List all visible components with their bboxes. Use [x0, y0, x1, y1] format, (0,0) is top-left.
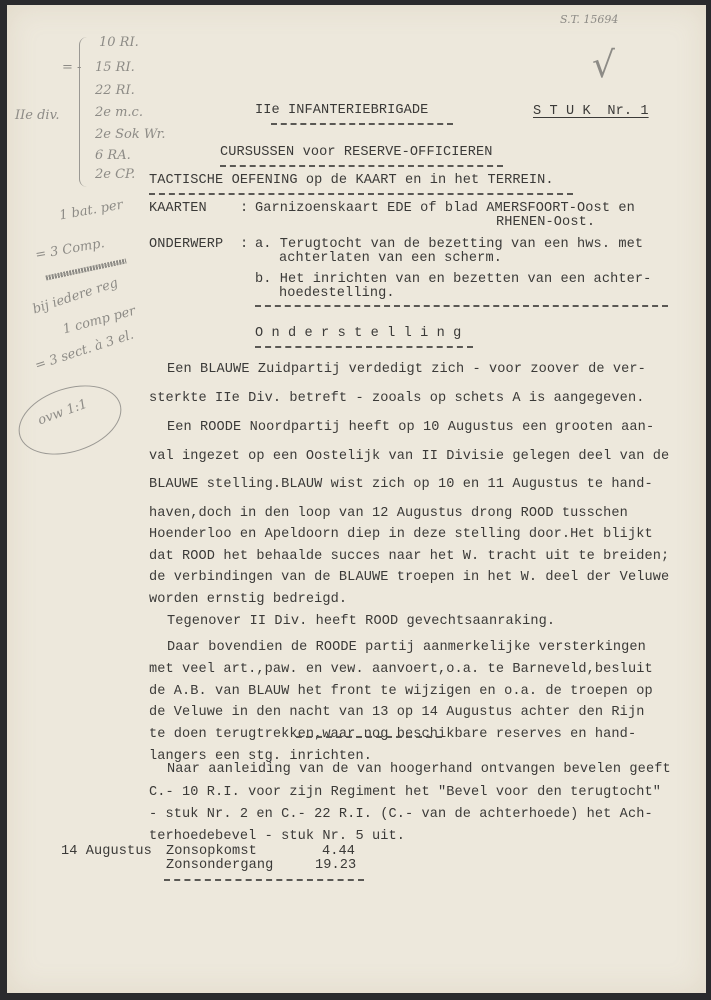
margin-note: = - — [62, 60, 81, 75]
closing-line: - stuk Nr. 2 en C.- 22 R.I. (C.- van de … — [149, 808, 653, 822]
kaarten-label: KAARTEN — [149, 202, 207, 216]
sunset-value: 19.23 — [315, 859, 356, 873]
body-line: de verbindingen van de BLAUWE troepen in… — [149, 571, 669, 585]
sunrise-value: 4.44 — [322, 845, 355, 859]
closing-line: terhoedebevel - stuk Nr. 5 uit. — [149, 830, 405, 844]
divider — [255, 346, 473, 348]
divider — [164, 879, 364, 881]
body-line: BLAUWE stelling.BLAUW wist zich op 10 en… — [149, 478, 653, 492]
body-line: worden ernstig bedreigd. — [149, 593, 347, 607]
margin-note: 2e CP. — [95, 167, 135, 182]
margin-note: = 3 sect. à 3 el. — [33, 327, 135, 373]
kaarten-value-cont: RHENEN-Oost. — [496, 216, 595, 230]
stuk-number: S T U K Nr. 1 — [533, 105, 649, 119]
divider — [296, 736, 442, 738]
circled-note — [10, 373, 131, 467]
divider — [220, 165, 503, 167]
kaarten-separator: : — [240, 202, 248, 216]
onderwerp-b: b. Het inrichten van en bezetten van een… — [255, 273, 651, 287]
exercise-title: TACTISCHE OEFENING op de KAART en in het… — [149, 174, 554, 188]
margin-note: 2e m.c. — [95, 105, 143, 120]
sunrise-label: Zonsopkomst — [166, 845, 257, 859]
body-line: val ingezet op een Oostelijk van II Divi… — [149, 450, 669, 464]
brigade-title: IIe INFANTERIEBRIGADE — [255, 104, 428, 118]
body-line: de Veluwe in den nacht van 13 op 14 Augu… — [149, 706, 644, 720]
document-page: S.T. 15694 √ 10 RI. 15 RI. 22 RI. 2e m.c… — [7, 5, 706, 993]
onderwerp-b-cont: hoedestelling. — [279, 287, 395, 301]
archive-number: S.T. 15694 — [560, 13, 618, 26]
body-line: Een ROODE Noordpartij heeft op 10 August… — [167, 421, 654, 435]
margin-note: 2e Sok Wr. — [95, 127, 166, 142]
margin-note: 6 RA. — [95, 148, 131, 163]
body-line: Een BLAUWE Zuidpartij verdedigt zich - v… — [167, 363, 646, 377]
sun-table-date: 14 Augustus — [61, 845, 152, 859]
body-line: haven,doch in den loop van 12 Augustus d… — [149, 507, 628, 521]
body-line: de A.B. van BLAUW het front te wijzigen … — [149, 685, 653, 699]
section-title: O n d e r s t e l l i n g — [255, 327, 461, 341]
body-line: dat ROOD het behaalde succes naar het W.… — [149, 550, 669, 564]
margin-note: 1 bat. per — [58, 198, 124, 224]
margin-note: 15 RI. — [95, 60, 135, 75]
margin-note: 22 RI. — [95, 83, 135, 98]
onderwerp-a-cont: achterlaten van een scherm. — [279, 252, 502, 266]
check-mark-icon: √ — [592, 45, 615, 86]
body-line: Tegenover II Div. heeft ROOD gevechtsaan… — [167, 615, 555, 629]
closing-line: Naar aanleiding van de van hoogerhand on… — [167, 763, 671, 777]
body-line: met veel art.,paw. en vew. aanvoert,o.a.… — [149, 663, 653, 677]
body-line: sterkte IIe Div. betreft - zooals op sch… — [149, 392, 644, 406]
divider — [271, 123, 453, 125]
divider — [255, 305, 668, 307]
course-title: CURSUSSEN voor RESERVE-OFFICIEREN — [220, 146, 493, 160]
margin-note: 10 RI. — [99, 35, 139, 50]
kaarten-value: Garnizoenskaart EDE of blad AMERSFOORT-O… — [255, 202, 635, 216]
closing-line: C.- 10 R.I. voor zijn Regiment het "Beve… — [149, 786, 661, 800]
body-line: Daar bovendien de ROODE partij aanmerkel… — [167, 641, 646, 655]
onderwerp-a: a. Terugtocht van de bezetting van een h… — [255, 238, 643, 252]
margin-note: IIe div. — [15, 108, 60, 123]
sunset-label: Zonsondergang — [166, 859, 273, 873]
body-line: te doen terugtrekken,waar nog beschikbar… — [149, 728, 636, 742]
divider — [149, 193, 573, 195]
onderwerp-separator: : — [240, 238, 248, 252]
margin-note: = 3 Comp. — [34, 236, 106, 263]
body-line: Hoenderloo en Apeldoorn diep in deze ste… — [149, 528, 653, 542]
onderwerp-label: ONDERWERP — [149, 238, 223, 252]
